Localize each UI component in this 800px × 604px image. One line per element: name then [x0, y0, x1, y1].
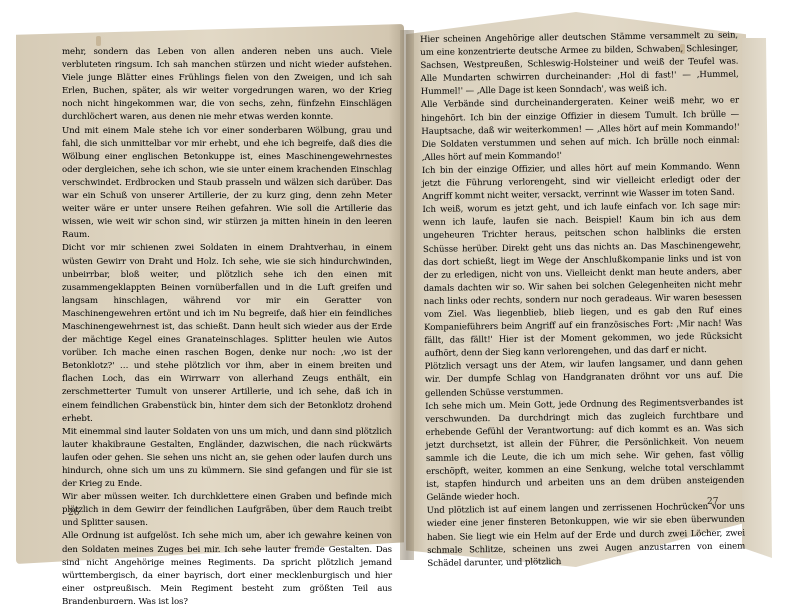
paragraph: Dicht vor mir schienen zwei Soldaten in … [62, 242, 392, 425]
right-page-text: Hier scheinen Angehörige aller deutschen… [420, 30, 745, 571]
open-book-photo: mehr, sondern das Leben von allen andere… [0, 0, 800, 604]
paragraph: Ich weiß, worum es jetzt geht, und ich l… [422, 200, 742, 362]
paragraph: Und mit einem Male stehe ich vor einer s… [62, 125, 392, 243]
paragraph: Alle Verbände sind durcheinandergeraten.… [421, 95, 740, 165]
paragraph: mehr, sondern das Leben von allen andere… [62, 46, 392, 125]
page-stack-edge [742, 38, 772, 558]
paragraph: Ich bin der einzige Offizier, und alles … [422, 160, 741, 204]
paragraph: Hier scheinen Angehörige aller deutschen… [420, 30, 739, 100]
paragraph: Alle Ordnung ist aufgelöst. Ich sehe mic… [62, 530, 392, 604]
page-number-right: 27 [707, 497, 718, 507]
paragraph: Plötzlich versagt uns der Atem, wir lauf… [425, 357, 744, 401]
paragraph: Und plötzlich ist auf einem langen und z… [427, 501, 746, 571]
book-spine-gutter [400, 30, 414, 560]
page-number-left: 26 [68, 508, 79, 518]
paragraph: Mit einemmal sind lauter Soldaten von un… [62, 426, 392, 491]
left-page-text: mehr, sondern das Leben von allen andere… [62, 46, 392, 604]
paper-stain [96, 36, 101, 46]
paragraph: Ich sehe mich um. Mein Gott, jede Ordnun… [425, 396, 744, 505]
paragraph: Wir aber müssen weiter. Ich durchkletter… [62, 491, 392, 530]
